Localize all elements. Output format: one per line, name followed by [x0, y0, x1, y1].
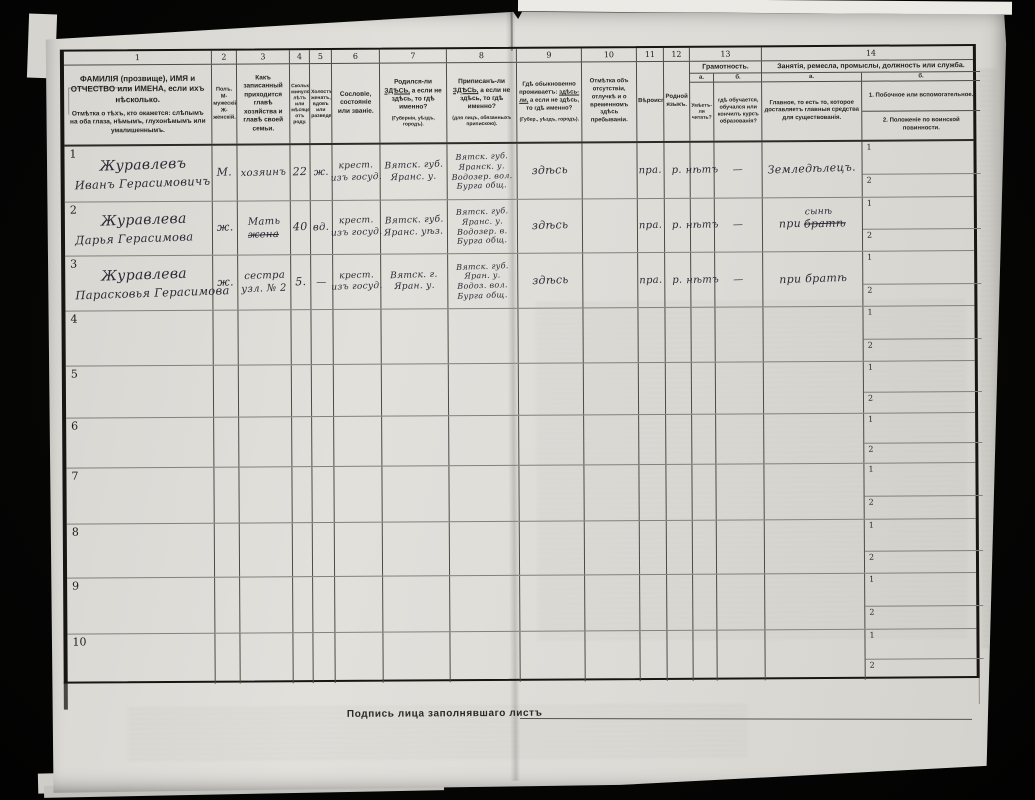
cell-education: —	[715, 198, 763, 251]
cell-education	[717, 574, 765, 629]
cell-sex	[213, 311, 238, 365]
table-body: 1 Журавлевъ Иванъ Герасимовичъ М. хозяин…	[64, 141, 976, 685]
row-number: 9	[72, 580, 79, 593]
secondary-occupation-slot: 1	[864, 413, 982, 444]
cell-residence	[520, 575, 585, 630]
given-name-handwriting: Парасковья Герасимова	[75, 283, 208, 302]
census-sheet-page: 1 2 3 4 5 6 7 8 9 10 11 12 13 14	[36, 4, 1010, 796]
cell-absence	[583, 253, 638, 307]
cell-name: 8	[67, 524, 215, 578]
cell-marital	[312, 365, 334, 416]
cell-age	[291, 310, 311, 364]
cell-birthplace: Вятск. г. Яран. у.	[381, 254, 448, 308]
col-number: 2	[212, 51, 237, 64]
table-row: 1 Журавлевъ Иванъ Герасимовичъ М. хозяин…	[64, 141, 973, 203]
header-residence: Гдѣ обыкновенно проживаетъ: здѣсь-ли, а …	[517, 62, 582, 141]
cell-residence: здѣсь	[518, 199, 583, 252]
cell-occupation-main	[763, 307, 863, 362]
cell-estate: крест. изъ госуд.	[333, 255, 381, 309]
census-table: 1 2 3 4 5 6 7 8 9 10 11 12 13 14	[60, 44, 980, 684]
cell-faith	[640, 631, 667, 681]
cell-occupation-main	[764, 414, 864, 464]
cell-education	[717, 630, 765, 680]
cell-occupation-main: сынѣ при братѣ	[763, 198, 863, 252]
cell-occupation-secondary: 1 2	[865, 573, 983, 629]
cell-residence	[518, 308, 583, 362]
fold-notch	[511, 7, 513, 51]
cell-residence	[520, 631, 585, 681]
cell-absence	[583, 308, 638, 362]
col-number: 6	[332, 50, 380, 63]
military-status-slot: 2	[864, 443, 982, 463]
cell-marital: ж.	[310, 145, 332, 200]
cell-registration	[449, 466, 519, 521]
cell-faith: пра.	[638, 253, 665, 307]
cell-marital: вд.	[311, 201, 333, 254]
secondary-occupation-slot: 1	[862, 141, 980, 175]
header-name: ФАМИЛІЯ (прозвище), ИМЯ и ОТЧЕСТВО или И…	[64, 65, 212, 145]
cell-estate	[334, 467, 382, 522]
table-row: 7	[66, 463, 975, 525]
header-estate: Сословіе, состояніе или званіе.	[332, 64, 380, 143]
cell-literacy	[693, 521, 717, 574]
cell-name: 4	[65, 311, 213, 366]
surname-handwriting: Журавлевъ	[99, 156, 186, 175]
row-number: 2	[70, 204, 77, 217]
cell-relation	[239, 365, 292, 416]
cell-estate	[334, 417, 382, 466]
header-occupation-group: Занятія, ремесла, промыслы, должность ил…	[762, 60, 980, 140]
header-absence: Отмѣтка объ отсутствіи, отлучкѣ и о врем…	[582, 62, 637, 141]
header-relation: Какъ записанный приходится главѣ хозяйст…	[237, 64, 290, 143]
cell-relation	[238, 310, 291, 364]
cell-name: 3 Журавлева Парасковья Герасимова	[65, 256, 213, 311]
header-row: ФАМИЛІЯ (прозвище), ИМЯ и ОТЧЕСТВО или И…	[64, 60, 973, 147]
cell-name: 6	[66, 418, 214, 468]
cell-registration: Вятск. губ. Яран. у. Водоз. вол. Бурга о…	[448, 254, 518, 308]
col-number: 12	[664, 48, 690, 61]
census-scan-scene: 1 2 3 4 5 6 7 8 9 10 11 12 13 14	[0, 0, 1035, 800]
cell-literacy	[692, 363, 716, 414]
header-literacy-b: б. гдѣ обучается, обучался или кончилъ к…	[714, 74, 762, 141]
cell-birthplace	[382, 466, 449, 521]
cell-language	[667, 521, 693, 574]
row-number: 4	[70, 313, 77, 326]
cell-relation	[240, 633, 293, 683]
cell-education: —	[714, 142, 762, 197]
cell-residence	[520, 521, 585, 574]
cell-registration: Вятск. губ. Яранс. у. Водозер. в. Бурга …	[448, 200, 518, 253]
cell-literacy	[691, 308, 715, 362]
cell-faith: пра.	[637, 143, 664, 198]
cell-literacy	[692, 465, 716, 520]
col-number: 5	[310, 50, 332, 63]
cell-name: 2 Журавлева Дарья Герасимова	[65, 202, 213, 256]
cell-occupation-main	[765, 630, 865, 681]
cell-faith	[640, 575, 667, 630]
header-sex: Полъ. М-мужескій. Ж-женскій.	[212, 65, 237, 144]
row-number: 7	[71, 470, 78, 483]
header-registration: Приписанъ-ли ЗДѢСЬ, а если не здѣсь, то …	[447, 63, 517, 142]
secondary-occupation-slot: 1	[863, 251, 981, 285]
cell-registration	[449, 364, 519, 415]
cell-occupation-secondary: 1 2	[864, 413, 982, 463]
cell-marital	[312, 417, 334, 466]
military-status-slot: 2	[865, 551, 983, 573]
military-status-slot: 2	[865, 606, 983, 628]
col-number: 14	[762, 46, 980, 60]
cell-literacy: нѣтъ	[691, 199, 715, 252]
col-number: 8	[447, 49, 517, 62]
cell-faith	[639, 363, 666, 414]
cell-birthplace	[383, 576, 450, 631]
cell-estate	[335, 577, 383, 632]
cell-age: 22	[290, 145, 310, 200]
cell-estate	[333, 310, 381, 364]
military-status-slot: 2	[863, 229, 981, 251]
cell-registration	[449, 416, 519, 465]
military-status-slot: 2	[863, 284, 981, 306]
col-number: 13	[690, 47, 762, 60]
cell-name: 5	[66, 366, 214, 418]
cell-language	[667, 631, 693, 681]
cell-education	[716, 464, 764, 519]
header-marital: Холостъ, женатъ, вдовъ или разведенъ.	[310, 64, 332, 143]
col-number: 7	[380, 49, 447, 62]
cell-faith	[639, 465, 666, 520]
cell-sex	[214, 418, 239, 467]
secondary-occupation-slot: 1	[863, 197, 981, 230]
table-row: 2 Журавлева Дарья Герасимова ж. Мать жен…	[65, 197, 974, 257]
military-status-slot: 2	[864, 339, 982, 361]
cell-age	[292, 365, 312, 416]
cell-literacy	[693, 575, 717, 630]
header-language: Родной языкъ.	[664, 62, 690, 141]
cell-sex	[215, 524, 240, 577]
cell-birthplace	[383, 632, 450, 682]
cell-name: 10	[67, 634, 215, 685]
cell-birthplace	[382, 416, 449, 465]
cell-literacy	[692, 415, 716, 464]
header-occupation-b: б. 1. Побочное или вспомогательное. 2. П…	[862, 72, 980, 139]
cell-language	[666, 415, 692, 464]
cell-sex: ж.	[213, 202, 238, 255]
cell-registration	[450, 576, 520, 631]
cell-literacy	[693, 631, 717, 681]
cell-registration	[450, 632, 520, 682]
cell-occupation-main: при братѣ	[763, 252, 863, 307]
cell-birthplace: Вятск. губ. Яранс. уѣз.	[381, 200, 448, 253]
table-row: 5	[66, 361, 975, 419]
cell-name: 7	[66, 468, 214, 524]
col-number: 10	[582, 48, 637, 61]
cell-occupation-secondary: 1 2	[863, 251, 981, 306]
cell-occupation-secondary: 1 2	[863, 197, 981, 251]
cell-faith	[639, 415, 666, 464]
cell-age	[292, 417, 312, 466]
cell-faith	[640, 521, 667, 574]
cell-estate	[335, 633, 383, 683]
cell-registration: Вятск. губ. Яранск. у. Водозер. вол. Бур…	[447, 144, 517, 199]
table-row: 4	[65, 306, 974, 367]
secondary-occupation-slot: 1	[864, 463, 982, 497]
cell-age	[292, 467, 312, 522]
cell-language	[667, 575, 693, 630]
cell-name: 1 Журавлевъ Иванъ Герасимовичъ	[64, 146, 212, 202]
cell-registration	[450, 522, 520, 575]
cell-residence: здѣсь	[517, 143, 582, 198]
cell-birthplace	[383, 522, 450, 575]
cell-name: 9	[67, 578, 215, 634]
secondary-occupation-slot: 1	[863, 306, 981, 340]
cell-birthplace: Вятск. губ. Яранс. у.	[380, 144, 447, 199]
cell-relation	[239, 417, 292, 466]
cell-relation	[240, 523, 293, 576]
col-number: 9	[517, 48, 582, 61]
cell-occupation-main	[765, 574, 865, 630]
cell-occupation-secondary: 1 2	[862, 141, 980, 197]
cell-relation: сестра узл. № 2	[238, 255, 291, 309]
surname-handwriting: Журавлева	[100, 211, 186, 230]
cell-marital	[312, 467, 334, 522]
cell-residence	[519, 363, 584, 414]
military-status-slot: 2	[863, 174, 981, 196]
cell-age	[293, 577, 313, 632]
military-status-slot: 2	[864, 392, 982, 413]
column-line-extensions	[64, 676, 980, 710]
cell-absence	[585, 575, 640, 630]
cell-sex: М.	[212, 146, 237, 201]
row-number: 5	[71, 368, 78, 381]
cell-estate: крест. изъ госуд.	[333, 201, 381, 254]
cell-occupation-secondary: 1 2	[864, 463, 982, 519]
surname-handwriting: Журавлева	[101, 265, 187, 284]
col-number: 4	[290, 50, 310, 63]
row-number: 3	[70, 258, 77, 271]
header-age: Сколько минуло лѣтъ или мѣсяцевъ отъ род…	[290, 64, 310, 143]
header-occupation-a: а. Главное, то есть то, которое доставля…	[762, 73, 862, 140]
cell-estate	[334, 365, 382, 416]
cell-language	[665, 308, 691, 362]
cell-occupation-main	[764, 362, 864, 414]
cell-literacy: нѣтъ	[690, 143, 714, 198]
secondary-occupation-slot: 1	[865, 519, 983, 552]
cell-faith: пра.	[638, 199, 665, 252]
cell-education	[717, 520, 765, 573]
cell-sex	[215, 578, 240, 633]
col-number: 3	[237, 50, 290, 63]
cell-marital: —	[311, 255, 333, 309]
row-number: 8	[72, 526, 79, 539]
cell-age	[293, 633, 313, 683]
signature-label: Подпись лица заполнявшаго листъ	[347, 708, 543, 720]
table-row: 6	[66, 413, 975, 469]
cell-residence: здѣсь	[518, 253, 583, 307]
cell-relation: хозяинъ	[237, 145, 290, 200]
table-row: 8	[67, 519, 976, 579]
row-number: 6	[71, 420, 78, 433]
cell-absence	[582, 143, 637, 198]
cell-absence	[584, 363, 639, 414]
header-faith: Вѣроисповѣданіе.	[637, 62, 664, 141]
cell-marital	[311, 310, 333, 364]
cell-estate	[335, 523, 383, 576]
cell-relation: Мать жена	[238, 201, 291, 254]
table-row: 9	[67, 573, 976, 635]
cell-occupation-main	[765, 520, 865, 574]
header-literacy-a: а. Умѣетъ-ли читать?	[690, 74, 714, 141]
cell-education	[716, 362, 764, 413]
cell-education	[716, 414, 764, 463]
cell-occupation-main: Земледѣлецъ.	[762, 142, 862, 198]
given-name-handwriting: Дарья Герасимова	[75, 229, 208, 248]
cell-occupation-secondary: 1 2	[863, 306, 981, 361]
secondary-occupation-slot: 1	[865, 629, 983, 660]
cell-faith	[638, 308, 665, 362]
cell-age: 40	[291, 201, 311, 254]
cell-absence	[585, 521, 640, 574]
cell-absence	[584, 415, 639, 464]
given-name-handwriting: Иванъ Герасимовичъ	[74, 174, 207, 193]
cell-age	[293, 523, 313, 576]
cell-birthplace	[382, 364, 449, 415]
cell-residence	[519, 415, 584, 464]
cell-occupation-main	[764, 464, 864, 520]
cell-sex: ж.	[213, 256, 238, 310]
cell-estate: крест. изъ госуд.	[332, 145, 380, 200]
cell-birthplace	[381, 309, 448, 363]
cell-occupation-secondary: 1 2	[864, 361, 982, 413]
cell-sex	[214, 468, 239, 523]
cell-education: —	[715, 252, 763, 306]
cell-sex	[214, 366, 239, 417]
table-row: 3 Журавлева Парасковья Герасимова ж. сес…	[65, 251, 974, 312]
cell-relation	[239, 467, 292, 522]
cell-occupation-secondary: 1 2	[865, 519, 983, 573]
cell-marital	[313, 577, 335, 632]
cell-literacy: нѣтъ	[691, 253, 715, 307]
col-number: 1	[64, 51, 212, 65]
header-birthplace: Родился-ли ЗДѢСЬ, а если не здѣсь, то гд…	[380, 63, 447, 142]
cell-relation	[240, 577, 293, 632]
cell-absence	[584, 465, 639, 520]
military-status-slot: 2	[865, 496, 983, 518]
col-number: 11	[637, 48, 664, 61]
cell-sex	[215, 634, 240, 684]
cell-marital	[313, 633, 335, 683]
secondary-occupation-slot: 1	[865, 573, 983, 607]
secondary-occupation-slot: 1	[864, 361, 982, 393]
cell-age: 5.	[291, 255, 311, 309]
cell-absence	[585, 631, 640, 681]
cell-occupation-secondary: 1 2	[865, 629, 983, 680]
cell-language	[666, 465, 692, 520]
cell-education	[715, 307, 763, 361]
cell-residence	[519, 465, 584, 520]
cell-marital	[313, 523, 335, 576]
cell-language	[666, 363, 692, 414]
row-number: 1	[69, 148, 76, 161]
cell-absence	[583, 199, 638, 252]
header-literacy-group: Грамотность. а. Умѣетъ-ли читать? б. гдѣ…	[690, 61, 762, 140]
page-content: 1 2 3 4 5 6 7 8 9 10 11 12 13 14	[34, 0, 1013, 798]
row-number: 10	[72, 635, 86, 648]
cell-registration	[448, 309, 518, 363]
